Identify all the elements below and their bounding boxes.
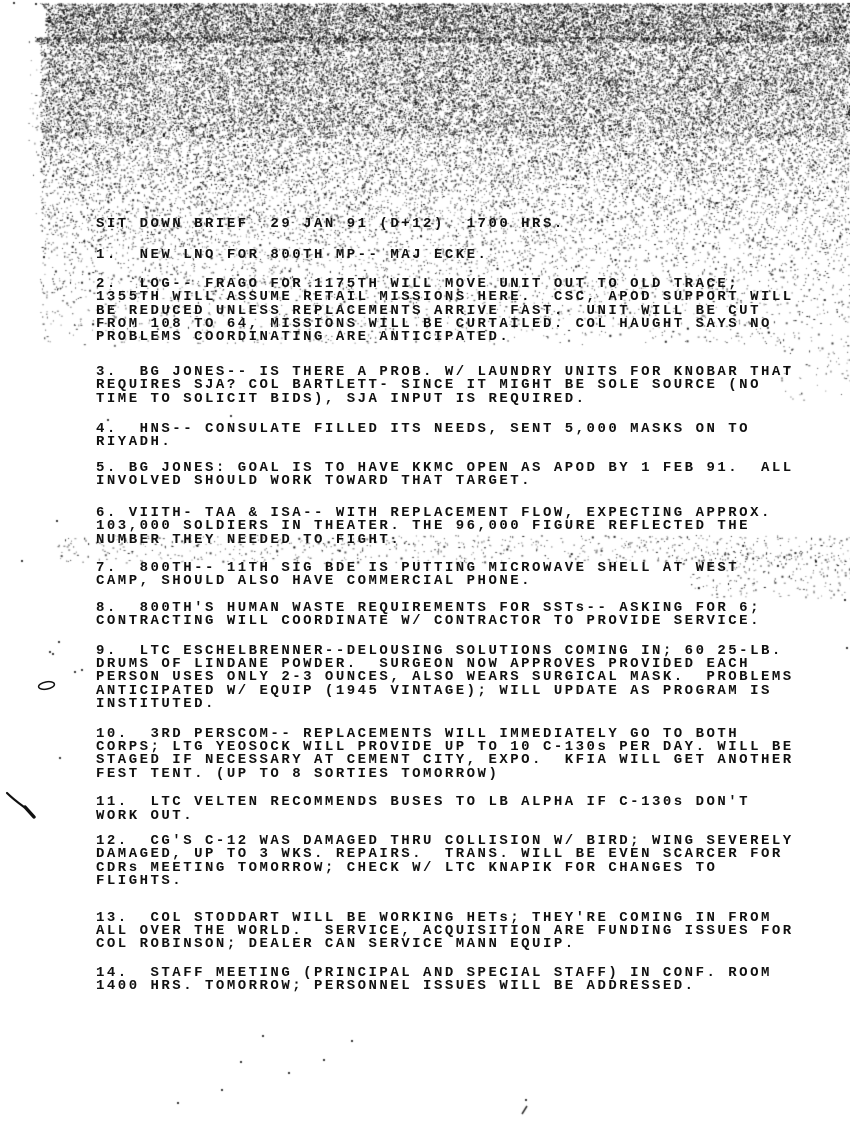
brief-item-14: 14. STAFF MEETING (PRINCIPAL AND SPECIAL…: [96, 967, 836, 994]
brief-item-8: 8. 800TH'S HUMAN WASTE REQUIREMENTS FOR …: [96, 602, 836, 629]
brief-item-3: 3. BG JONES-- IS THERE A PROB. W/ LAUNDR…: [96, 366, 836, 406]
document-title: SIT DOWN BRIEF 29 JAN 91 (D+12) 1700 HRS…: [96, 218, 836, 231]
brief-item-11: 11. LTC VELTEN RECOMMENDS BUSES TO LB AL…: [96, 796, 836, 823]
scanned-document-page: SIT DOWN BRIEF 29 JAN 91 (D+12) 1700 HRS…: [0, 0, 850, 1122]
brief-item-6: 6. VIITH- TAA & ISA-- WITH REPLACEMENT F…: [96, 507, 836, 547]
brief-item-2: 2. LOG-- FRAGO FOR 1175TH WILL MOVE UNIT…: [96, 278, 836, 345]
brief-item-1: 1. NEW LNO FOR 800TH MP-- MAJ ECKE.: [96, 249, 836, 262]
brief-item-4: 4. HNS-- CONSULATE FILLED ITS NEEDS, SEN…: [96, 423, 836, 450]
document-body: SIT DOWN BRIEF 29 JAN 91 (D+12) 1700 HRS…: [96, 218, 836, 994]
margin-loop-mark-icon: [36, 679, 58, 693]
brief-item-10: 10. 3RD PERSCOM-- REPLACEMENTS WILL IMME…: [96, 728, 836, 782]
brief-item-7: 7. 800TH-- 11TH SIG BDE IS PUTTING MICRO…: [96, 562, 836, 589]
brief-item-13: 13. COL STODDART WILL BE WORKING HETs; T…: [96, 912, 836, 952]
brief-item-12: 12. CG'S C-12 WAS DAMAGED THRU COLLISION…: [96, 835, 836, 889]
handwritten-checkmark-icon: [4, 790, 38, 824]
brief-item-9: 9. LTC ESCHELBRENNER--DELOUSING SOLUTION…: [96, 645, 836, 712]
brief-item-5: 5. BG JONES: GOAL IS TO HAVE KKMC OPEN A…: [96, 462, 836, 489]
